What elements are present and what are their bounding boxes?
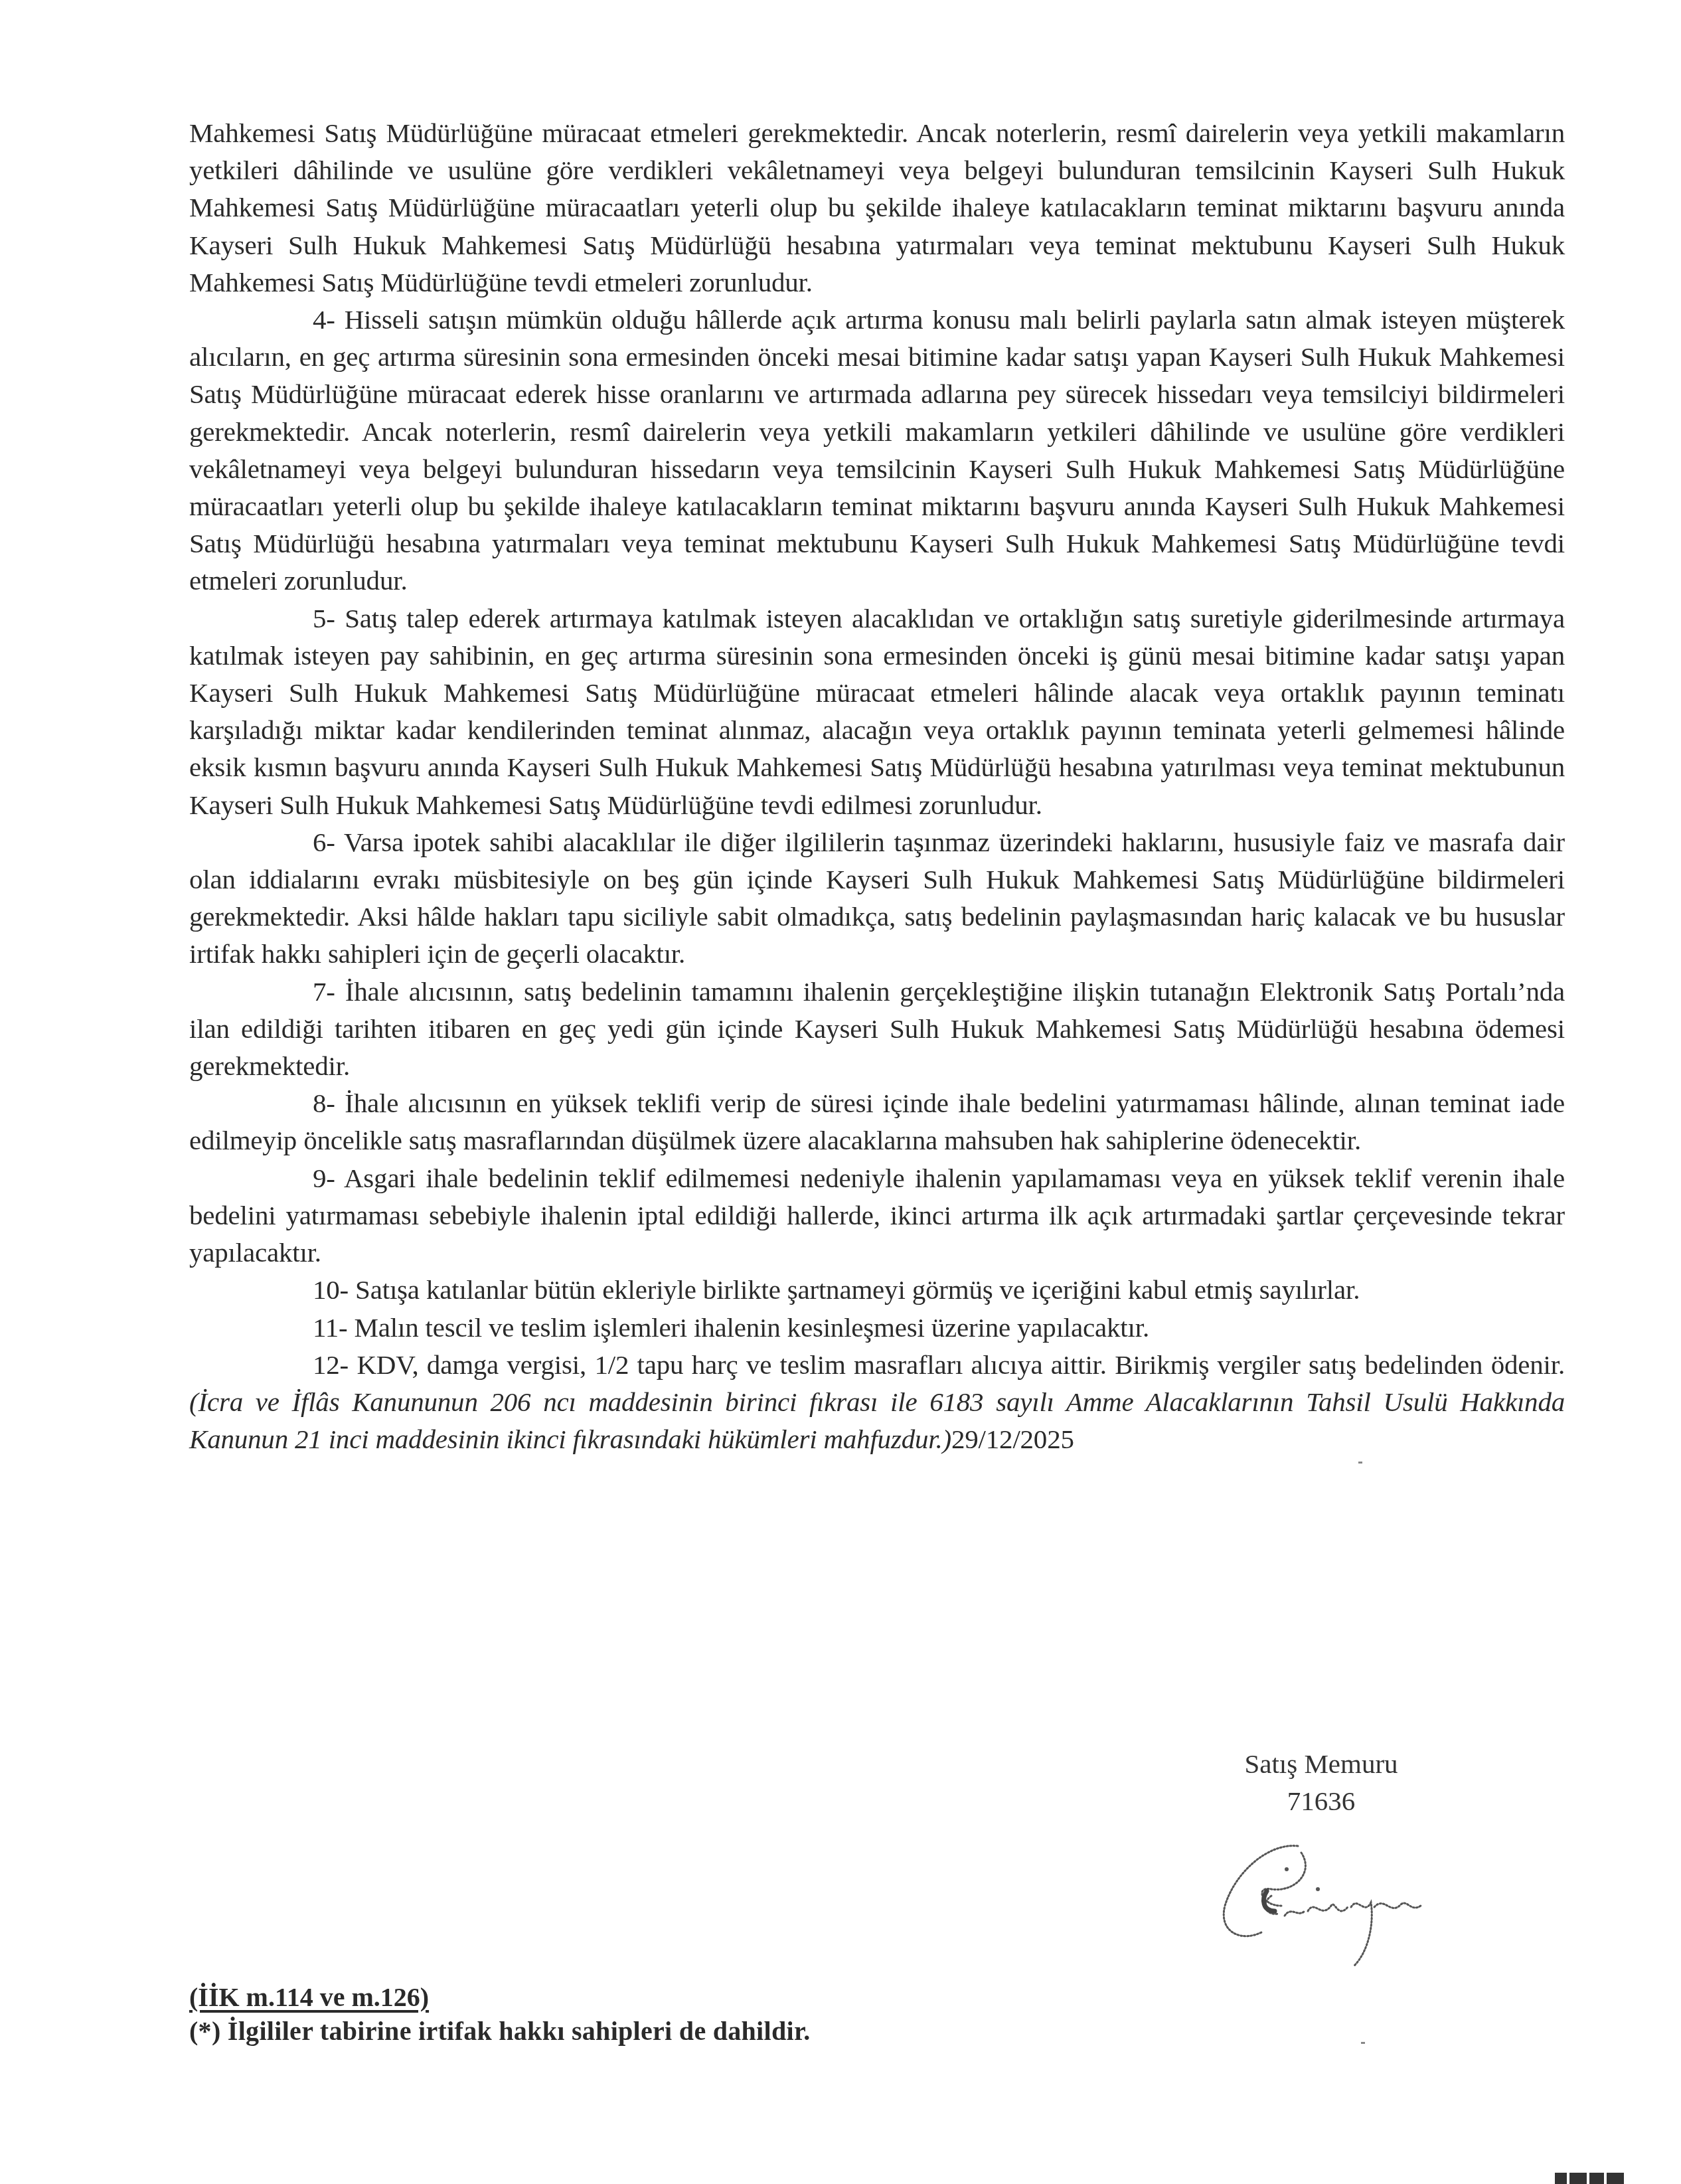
scan-artifact <box>1358 1462 1362 1464</box>
paragraph-10: 10- Satışa katılanlar bütün ekleriyle bi… <box>189 1271 1565 1308</box>
law-reference: (İİK m.114 ve m.126) <box>189 1982 429 2013</box>
paragraph-8: 8- İhale alıcısının en yüksek teklifi ve… <box>189 1084 1565 1159</box>
paragraph-11: 11- Malın tescil ve teslim işlemleri iha… <box>189 1309 1565 1346</box>
qr-code-fragment-icon <box>1555 2173 1635 2184</box>
e-signature-icon <box>1215 1833 1441 1972</box>
signatory-number: 71636 <box>1182 1782 1461 1819</box>
document-date: 29/12/2025 <box>951 1424 1074 1454</box>
footnote: (*) İlgililer tabirine irtifak hakkı sah… <box>189 2016 811 2047</box>
paragraph-4: 4- Hisseli satışın mümkün olduğu hâllerd… <box>189 301 1565 600</box>
paragraph-3-continued: Mahkemesi Satış Müdürlüğüne müracaat etm… <box>189 114 1565 301</box>
document-body: Mahkemesi Satış Müdürlüğüne müracaat etm… <box>189 114 1565 1458</box>
paragraph-7: 7- İhale alıcısının, satış bedelinin tam… <box>189 973 1565 1085</box>
signature-block: Satış Memuru 71636 <box>1182 1745 1461 1819</box>
paragraph-5: 5- Satış talep ederek artırmaya katılmak… <box>189 600 1565 823</box>
paragraph-6: 6- Varsa ipotek sahibi alacaklılar ile d… <box>189 823 1565 973</box>
scan-artifact <box>1361 2042 1365 2044</box>
paragraph-12: 12- KDV, damga vergisi, 1/2 tapu harç ve… <box>189 1346 1565 1458</box>
signatory-title: Satış Memuru <box>1182 1745 1461 1782</box>
paragraph-12-lead: 12- KDV, damga vergisi, 1/2 tapu harç ve… <box>313 1349 1565 1380</box>
paragraph-9: 9- Asgari ihale bedelinin teklif edilmem… <box>189 1159 1565 1272</box>
paragraph-12-legal-reservation: (İcra ve İflâs Kanununun 206 ncı maddesi… <box>189 1386 1565 1454</box>
